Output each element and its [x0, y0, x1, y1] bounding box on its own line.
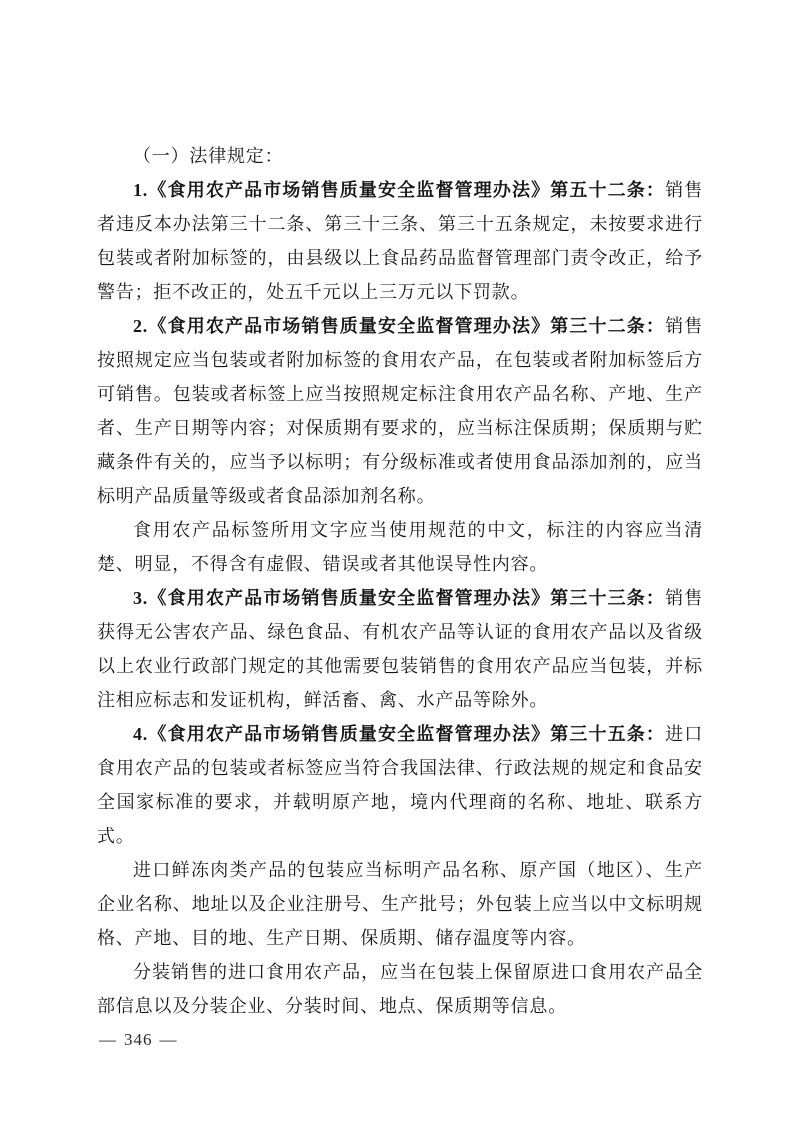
- paragraph-label-language: 食用农产品标签所用文字应当使用规范的中文，标注的内容应当清楚、明显，不得含有虚假…: [97, 513, 703, 581]
- paragraph-article-33: 3.《食用农产品市场销售质量安全监督管理办法》第三十三条：销售获得无公害农产品、…: [97, 581, 703, 717]
- footer-dash-left: —: [99, 1030, 117, 1050]
- paragraph-article-32: 2.《食用农产品市场销售质量安全监督管理办法》第三十二条：销售按照规定应当包装或…: [97, 309, 703, 513]
- paragraph-repackaged-products-body: 分装销售的进口食用农产品，应当在包装上保留原进口食用农产品全部信息以及分装企业、…: [97, 962, 703, 1016]
- section-heading: （一）法律规定：: [97, 139, 703, 173]
- document-body: （一）法律规定： 1.《食用农产品市场销售质量安全监督管理办法》第五十二条：销售…: [97, 139, 703, 1023]
- paragraph-article-52-lead: 1.《食用农产品市场销售质量安全监督管理办法》第五十二条：: [133, 180, 665, 200]
- document-page: （一）法律规定： 1.《食用农产品市场销售质量安全监督管理办法》第五十二条：销售…: [0, 0, 793, 1122]
- paragraph-imported-meat-body: 进口鲜冻肉类产品的包装应当标明产品名称、原产国（地区）、生产企业名称、地址以及企…: [97, 860, 703, 948]
- paragraph-repackaged-products: 分装销售的进口食用农产品，应当在包装上保留原进口食用农产品全部信息以及分装企业、…: [97, 955, 703, 1023]
- paragraph-imported-meat: 进口鲜冻肉类产品的包装应当标明产品名称、原产国（地区）、生产企业名称、地址以及企…: [97, 853, 703, 955]
- footer-dash-right: —: [160, 1030, 178, 1050]
- paragraph-article-32-body: 销售按照规定应当包装或者附加标签的食用农产品，在包装或者附加标签后方可销售。包装…: [97, 316, 703, 506]
- paragraph-article-35-lead: 4.《食用农产品市场销售质量安全监督管理办法》第三十五条：: [133, 724, 665, 744]
- paragraph-article-35: 4.《食用农产品市场销售质量安全监督管理办法》第三十五条：进口食用农产品的包装或…: [97, 717, 703, 853]
- page-number: 346: [124, 1030, 153, 1050]
- paragraph-label-language-body: 食用农产品标签所用文字应当使用规范的中文，标注的内容应当清楚、明显，不得含有虚假…: [97, 520, 703, 574]
- paragraph-article-32-lead: 2.《食用农产品市场销售质量安全监督管理办法》第三十二条：: [133, 316, 665, 336]
- paragraph-article-52: 1.《食用农产品市场销售质量安全监督管理办法》第五十二条：销售者违反本办法第三十…: [97, 173, 703, 309]
- page-footer: — 346 —: [99, 1030, 178, 1050]
- paragraph-article-33-lead: 3.《食用农产品市场销售质量安全监督管理办法》第三十三条：: [133, 588, 665, 608]
